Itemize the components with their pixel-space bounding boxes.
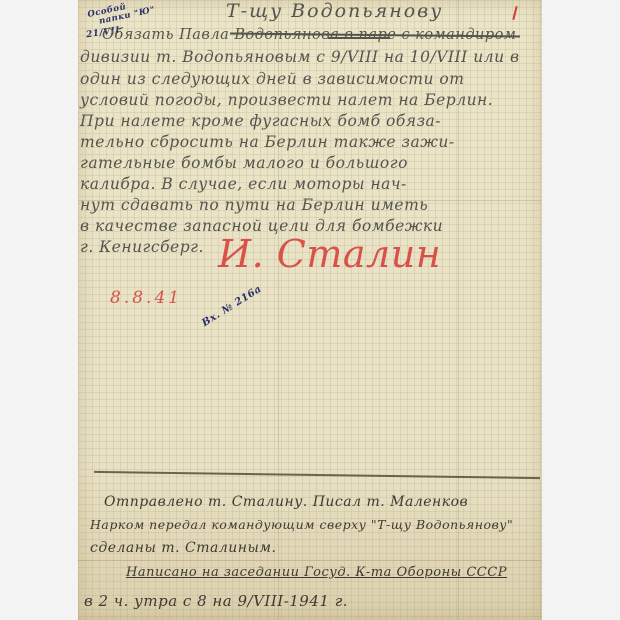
paper-fold-line <box>78 560 542 561</box>
footer-line: в 2 ч. утра с 8 на 9/VIII-1941 г. <box>84 592 348 610</box>
margin-note-special-folder: Особой папки "Ю" <box>87 0 156 29</box>
strikethrough-mark <box>328 37 390 39</box>
scanned-document-page: Особой папки "Ю" 21/VII Т-щу Водопьянову… <box>78 0 542 620</box>
registration-number: Вх. № 216а <box>200 284 264 329</box>
footer-line: Написано на заседании Госуд. К-та Оборон… <box>126 565 507 580</box>
footer-line: Нарком передал командующим сверху "Т-щу … <box>90 517 513 532</box>
section-divider-line <box>94 471 540 479</box>
signature-stalin: И. Сталин <box>218 232 441 276</box>
body-line: Обязать Павла Водопьянова в паре с коман… <box>102 27 516 43</box>
body-line: один из следующих дней в зависимости от <box>80 70 464 88</box>
document-date: 8.8.41 <box>110 288 182 308</box>
body-line: При налете кроме фугасных бомб обяза- <box>80 112 441 130</box>
document-heading: Т-щу Водопьянову <box>226 0 443 22</box>
page-number-mark <box>512 6 517 20</box>
body-line: нут сдавать по пути на Берлин иметь <box>80 196 428 214</box>
footer-line: Отправлено т. Сталину. Писал т. Маленков <box>104 494 468 510</box>
body-line: г. Кенигсберг. <box>80 238 204 256</box>
body-line: гательные бомбы малого и большого <box>80 154 408 172</box>
body-line: условий погоды, произвести налет на Берл… <box>80 91 493 109</box>
body-line: дивизии т. Водопьяновым с 9/VIII на 10/V… <box>80 48 520 66</box>
body-line: тельно сбросить на Берлин также зажи- <box>80 133 455 151</box>
footer-line: сделаны т. Сталиным. <box>90 540 276 556</box>
body-line: калибра. В случае, если моторы нач- <box>80 175 407 193</box>
